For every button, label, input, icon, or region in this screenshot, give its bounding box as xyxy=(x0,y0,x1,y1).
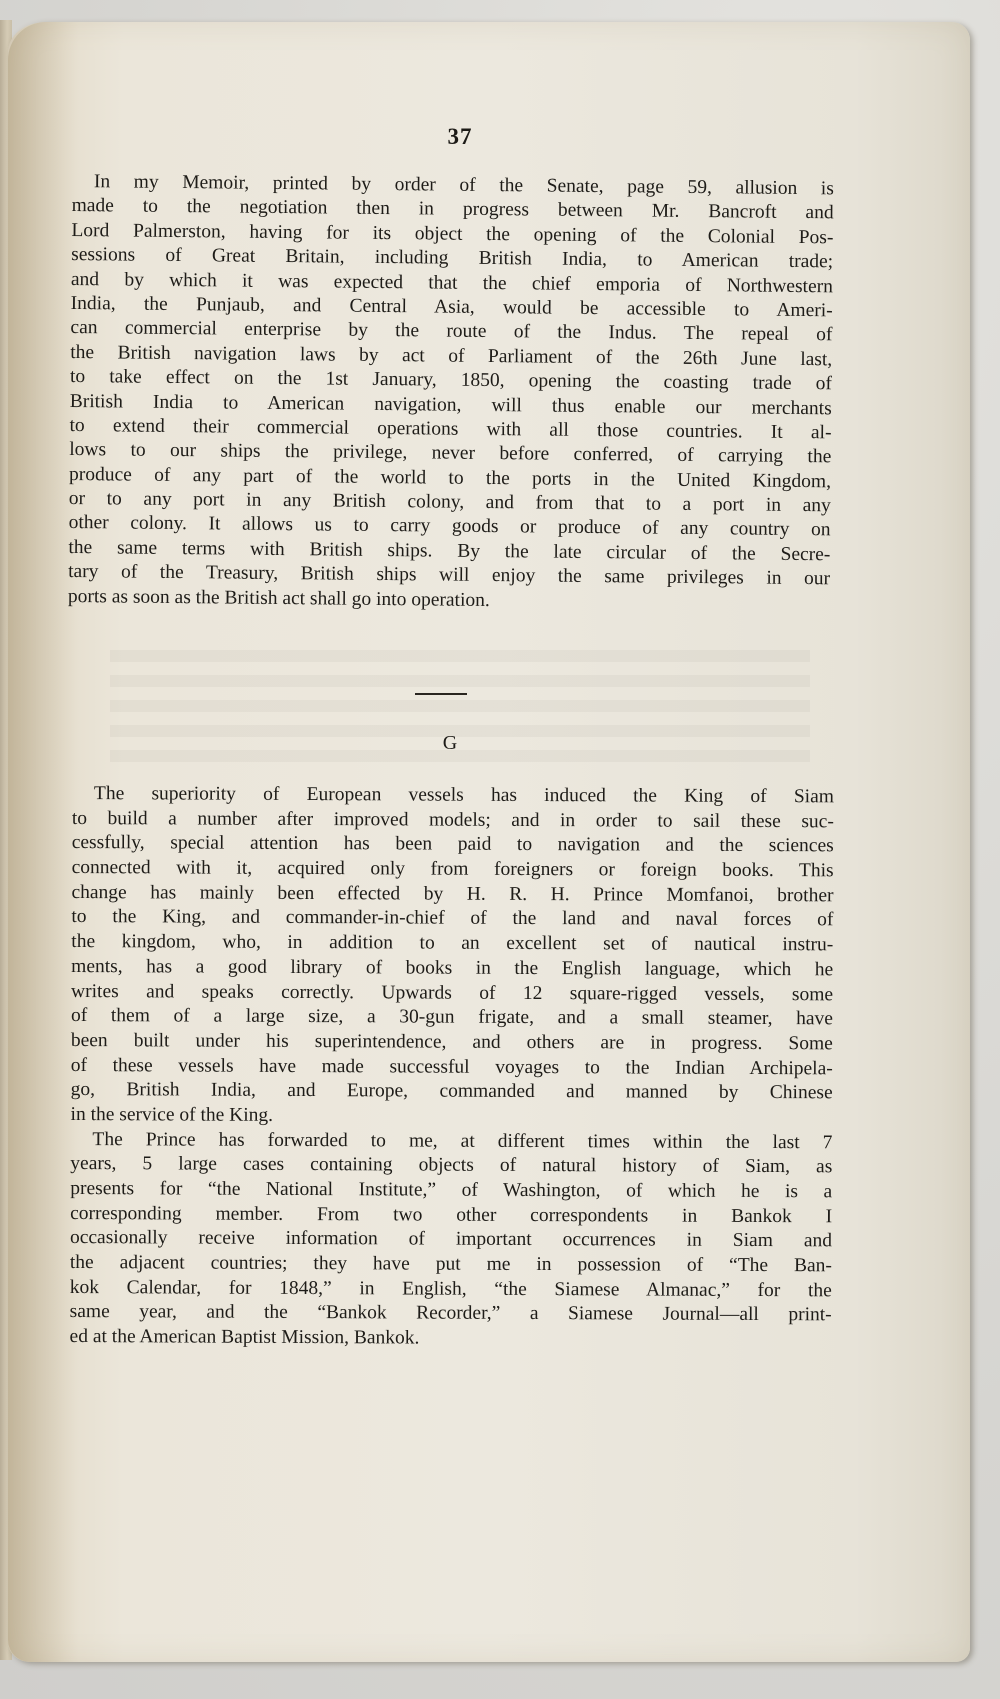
text-line: the adjacent countries; they have put me… xyxy=(70,1251,832,1279)
text-line: the kingdom, who, in addition to an exce… xyxy=(71,930,833,958)
section-heading: G xyxy=(0,732,900,755)
text-line: The superiority of European vessels has … xyxy=(72,782,834,810)
text-line: in the service of the King. xyxy=(70,1103,832,1131)
text-line: been built under his superintendence, an… xyxy=(71,1029,833,1057)
text-line: kok Calendar, for 1848,” in English, “th… xyxy=(70,1276,832,1304)
text-line: ments, has a good library of books in th… xyxy=(71,955,833,983)
text-line: of these vessels have made successful vo… xyxy=(71,1054,833,1082)
text-line: occasionally receive information of impo… xyxy=(70,1226,832,1254)
text-line: corresponding member. From two other cor… xyxy=(70,1202,832,1230)
text-line: same year, and the “Bankok Recorder,” a … xyxy=(70,1300,832,1328)
text-line: ed at the American Baptist Mission, Bank… xyxy=(70,1325,832,1353)
section-divider-rule xyxy=(415,693,467,695)
text-line: go, British India, and Europe, commanded… xyxy=(71,1078,833,1106)
paragraph-navigation-laws: In my Memoir, printed by order of the Se… xyxy=(68,170,834,616)
text-line: to the King, and commander-in-chief of t… xyxy=(71,905,833,933)
text-line: to build a number after improved models;… xyxy=(72,807,834,835)
text-line: The Prince has forwarded to me, at diffe… xyxy=(70,1128,832,1156)
text-line: connected with it, acquired only from fo… xyxy=(72,856,834,884)
page-number: 37 xyxy=(0,124,920,150)
text-line: writes and speaks correctly. Upwards of … xyxy=(71,979,833,1007)
text-line: years, 5 large cases containing objects … xyxy=(70,1152,832,1180)
text-line: cessfully, special attention has been pa… xyxy=(72,831,834,859)
text-line: of them of a large size, a 30-gun frigat… xyxy=(71,1004,833,1032)
text-line: change has mainly been effected by H. R.… xyxy=(71,881,833,909)
section-g-body: The superiority of European vessels has … xyxy=(70,782,834,1353)
text-line: presents for “the National Institute,” o… xyxy=(70,1177,832,1205)
